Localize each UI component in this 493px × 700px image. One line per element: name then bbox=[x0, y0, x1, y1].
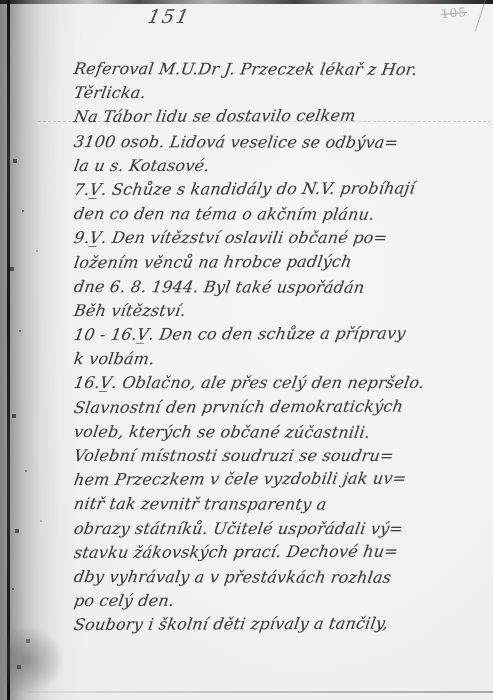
binding-crease-line bbox=[7, 0, 10, 700]
handwriting-line: dby vyhrávaly a v přestávkách rozhlas bbox=[72, 565, 487, 590]
handwriting-line: Referoval M.U.Dr J. Przeczek lékař z Hor… bbox=[72, 57, 487, 82]
handwriting-line: po celý den. bbox=[72, 589, 488, 613]
handwriting-line: 10 - 16.V̲. Den co den schůze a přípravy bbox=[72, 321, 488, 347]
page-bottom-edge bbox=[28, 691, 493, 693]
handwriting-line: nitř tak zevnitř transparenty a bbox=[72, 492, 487, 517]
handwriting-line: den co den na téma o akčním plánu. bbox=[72, 202, 487, 227]
handwriting-line: 9.V̲. Den vítězství oslavili občané po= bbox=[72, 226, 488, 250]
handwriting-line: hem Przeczkem v čele vyzdobili jak uv= bbox=[72, 466, 488, 492]
bottom-left-smudge bbox=[6, 628, 62, 692]
handwriting-line: Soubory i školní děti zpívaly a tančily, bbox=[72, 612, 488, 638]
handwriting-line: Běh vítězství. bbox=[72, 299, 488, 323]
handwriting-line: Slavnostní den prvních demokratických bbox=[72, 394, 488, 420]
handwriting-line: obrazy státníků. Učitelé uspořádali vý= bbox=[72, 517, 488, 541]
handwriting-line: k volbám. bbox=[72, 347, 487, 372]
corner-pencil-mark: 105 bbox=[441, 5, 468, 21]
handwriting-line: Těrlicka. bbox=[72, 81, 488, 105]
handwriting-line: Volební místnosti soudruzi se soudru= bbox=[72, 444, 488, 468]
handwriting-line: voleb, kterých se občané zúčastnili. bbox=[72, 420, 487, 445]
corner-fold-line bbox=[475, 0, 486, 31]
handwriting-line: dne 6. 8. 1944. Byl také uspořádán bbox=[72, 275, 487, 300]
handwriting-line: ložením věnců na hrobce padlých bbox=[72, 249, 488, 275]
scanned-chronicle-page: 151 105 Referoval M.U.Dr J. Przeczek lék… bbox=[0, 0, 493, 700]
handwriting-line: stavku žákovských prací. Dechové hu= bbox=[72, 539, 488, 565]
handwriting-line: Na Tábor lidu se dostavilo celkem bbox=[72, 104, 488, 130]
scan-top-edge bbox=[0, 0, 493, 4]
handwriting-line: 7.V̲. Schůze s kandidály do N.V. probíha… bbox=[72, 176, 488, 202]
page-number: 151 bbox=[146, 6, 193, 28]
manuscript-text: Referoval M.U.Dr J. Przeczek lékař z Hor… bbox=[74, 57, 486, 638]
handwriting-line: 3100 osob. Lidová veselice se odbýva= bbox=[72, 130, 487, 155]
handwriting-line: la u s. Kotasové. bbox=[72, 154, 488, 178]
binding-gutter-shadow bbox=[0, 0, 82, 700]
handwriting-line: 16.V̲. Oblačno, ale přes celý den neprše… bbox=[72, 371, 488, 395]
